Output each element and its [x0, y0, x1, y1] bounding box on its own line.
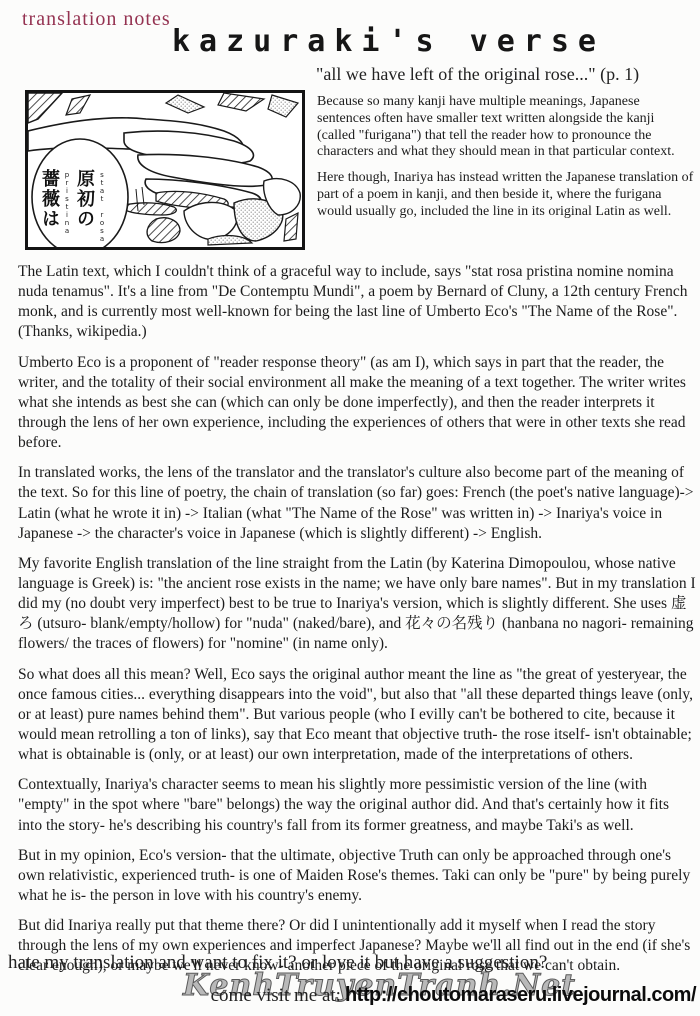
speech-bubble-text: 薔薇は pristina 原初の stat rosa	[40, 169, 105, 243]
page-quote: "all we have left of the original rose..…	[316, 64, 696, 85]
kanji-column-left: 薔薇は	[40, 169, 58, 229]
intro-column: Because so many kanji have multiple mean…	[317, 94, 696, 230]
page-title: kazuraki's verse	[172, 24, 605, 59]
intro-paragraph: Here though, Inariya has instead written…	[317, 170, 696, 220]
body-paragraph: Contextually, Inariya's character seems …	[18, 775, 696, 835]
latin-furigana-left: pristina	[63, 171, 70, 235]
latin-furigana-right: stat rosa	[98, 171, 105, 243]
intro-paragraph: Because so many kanji have multiple mean…	[317, 94, 696, 161]
body-paragraph: In translated works, the lens of the tra…	[18, 463, 696, 544]
footer-visit-line: come visit me at: http://choutomaraseru.…	[211, 984, 696, 1007]
visit-me-text: come visit me at:	[211, 985, 341, 1006]
body-paragraph: The Latin text, which I couldn't think o…	[18, 262, 696, 343]
body-paragraph: But in my opinion, Eco's version- that t…	[18, 846, 696, 906]
main-text: The Latin text, which I couldn't think o…	[18, 262, 696, 987]
rose-leaf-left	[147, 218, 180, 243]
livejournal-url: http://choutomaraseru.livejournal.com/	[345, 984, 696, 1006]
body-paragraph: So what does all this mean? Well, Eco sa…	[18, 665, 696, 766]
kanji-column-right: 原初の	[75, 169, 93, 229]
body-paragraph: Umberto Eco is a proponent of "reader re…	[18, 353, 696, 454]
body-paragraph: My favorite English translation of the l…	[18, 554, 696, 655]
manga-panel: 薔薇は pristina 原初の stat rosa	[25, 90, 305, 250]
translation-notes-label: translation notes	[22, 8, 171, 31]
